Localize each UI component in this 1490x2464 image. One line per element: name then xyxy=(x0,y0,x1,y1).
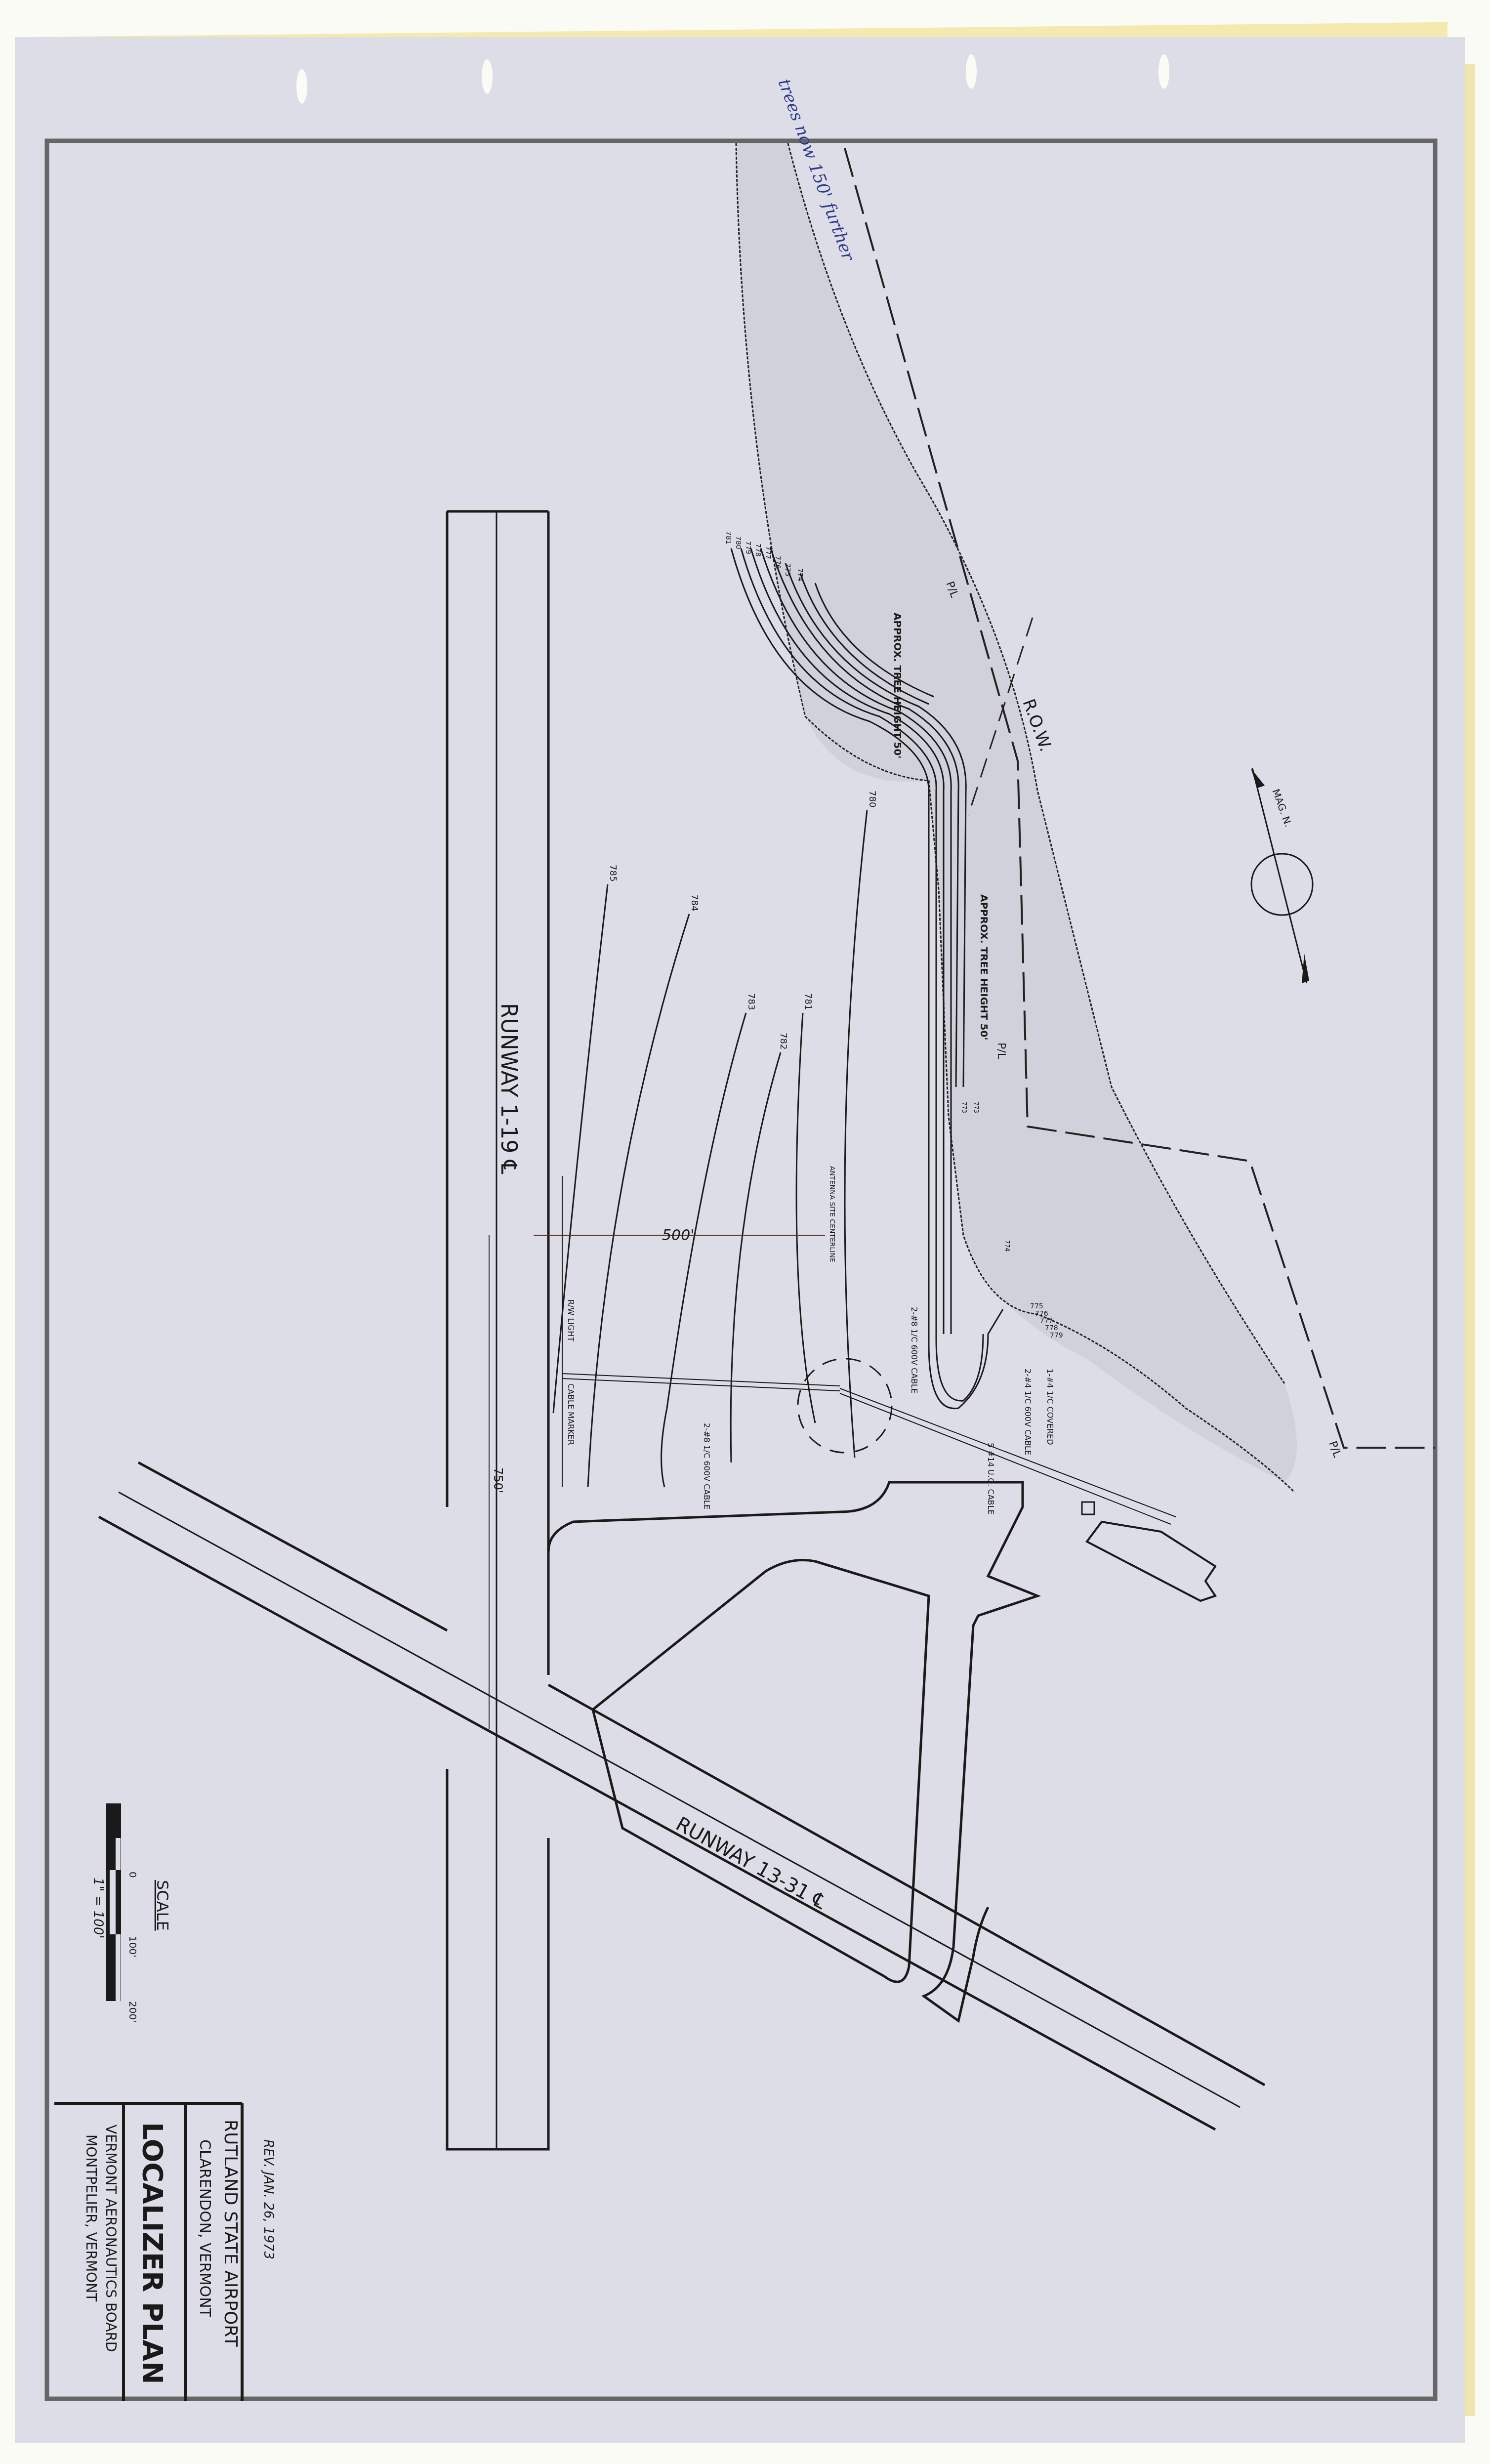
cable-label-2: 2-#8 1/C 600V CABLE xyxy=(910,1307,919,1393)
offset-dimension: 500' xyxy=(662,1227,695,1244)
revision-date: REV. JAN. 26, 1973 xyxy=(261,2139,276,2259)
cable-run-3 xyxy=(840,1388,1176,1517)
contour-label: 775 xyxy=(784,563,791,577)
tree-area xyxy=(736,143,1297,1482)
cable-label-3: 2-#4 1/C 600V CABLE xyxy=(1023,1369,1033,1455)
contour-label: 774 xyxy=(1004,1240,1011,1252)
tree-height-label-south: APPROX. TREE HEIGHT 50' xyxy=(978,894,990,1040)
runway-dimension: 750' xyxy=(491,1467,505,1493)
cable-run-1 xyxy=(562,1374,840,1386)
contour-label: 779 xyxy=(1050,1332,1063,1339)
scale-tick-0: 0 xyxy=(127,1872,139,1878)
contour-label: 773 xyxy=(961,1102,968,1113)
scale-ratio: 1" = 100' xyxy=(90,1878,105,1939)
scale-tick-200: 200' xyxy=(127,2001,139,2023)
contour-label: 773 xyxy=(973,1102,980,1113)
airport-name: RUTLAND STATE AIRPORT xyxy=(220,2120,241,2347)
tree-height-label-north: APPROX. TREE HEIGHT 50' xyxy=(892,613,904,758)
building xyxy=(1087,1522,1215,1601)
airport-location: CLARENDON, VERMONT xyxy=(196,2139,213,2318)
contour-label: 777 xyxy=(764,546,772,559)
scale-tick-100: 100' xyxy=(127,1936,139,1958)
contour-label: 780 xyxy=(734,536,742,549)
rw-light-label: R/W LIGHT xyxy=(566,1299,576,1341)
contour-label: 775 xyxy=(1030,1302,1043,1310)
taxiway-outline xyxy=(548,1482,1037,2021)
contour-label: 783 xyxy=(746,993,756,1010)
north-arrow-label: MAG. N. xyxy=(1270,788,1294,829)
cable-label-5: 5 #14 U.G. CABLE xyxy=(986,1443,995,1515)
agency-location: MONTPELIER, VERMONT xyxy=(83,2134,99,2302)
contour-label: 784 xyxy=(689,894,700,911)
sheet-border xyxy=(47,141,1435,2399)
contour-label: 780 xyxy=(867,791,877,807)
contours-west xyxy=(553,810,867,1487)
scale-label: SCALE xyxy=(153,1880,172,1931)
contour-label: 774 xyxy=(796,568,804,582)
contour-label: 778 xyxy=(1045,1324,1058,1332)
drawing-title: LOCALIZER PLAN xyxy=(136,2122,168,2384)
cable-marker-label: CABLE MARKER xyxy=(566,1383,576,1445)
contour-label: 785 xyxy=(608,865,618,881)
runway-1-19-label: RUNWAY 1-19 ℄ xyxy=(496,1003,521,1174)
cable-label-1: 2-#8 1/C 600V CABLE xyxy=(702,1423,711,1509)
runway-13-31-edges xyxy=(99,1462,1265,2130)
agency-name: VERMONT AERONAUTICS BOARD xyxy=(103,2125,119,2352)
cable-run-2 xyxy=(562,1378,840,1391)
runway-13-31-centerline xyxy=(119,1492,1240,2107)
infield-apron xyxy=(593,1560,929,1982)
antenna-site-label: ANTENNA SITE CENTERLINE xyxy=(828,1166,836,1262)
contour-label: 782 xyxy=(778,1033,788,1049)
cable-run-4 xyxy=(840,1393,1171,1524)
equipment-box xyxy=(1082,1502,1094,1514)
cable-label-4: 1-#4 1/C COVERED xyxy=(1045,1369,1055,1445)
property-line-label: P/L xyxy=(1326,1440,1343,1460)
contour-label: 779 xyxy=(744,541,752,554)
contour-label: 781 xyxy=(724,531,732,544)
contour-label: 781 xyxy=(803,993,813,1010)
scale-bar xyxy=(106,1803,121,2001)
contour-label: 776 xyxy=(774,556,782,569)
localizer-plan-drawing: REV. JAN. 26, 1973 RUTLAND STATE AIRPORT… xyxy=(0,0,1490,2464)
property-line-label: P/L xyxy=(995,1043,1007,1059)
contour-label: 778 xyxy=(754,543,762,557)
runway-1-19-south xyxy=(447,1769,548,2149)
contour-label: 777 xyxy=(1040,1317,1053,1325)
